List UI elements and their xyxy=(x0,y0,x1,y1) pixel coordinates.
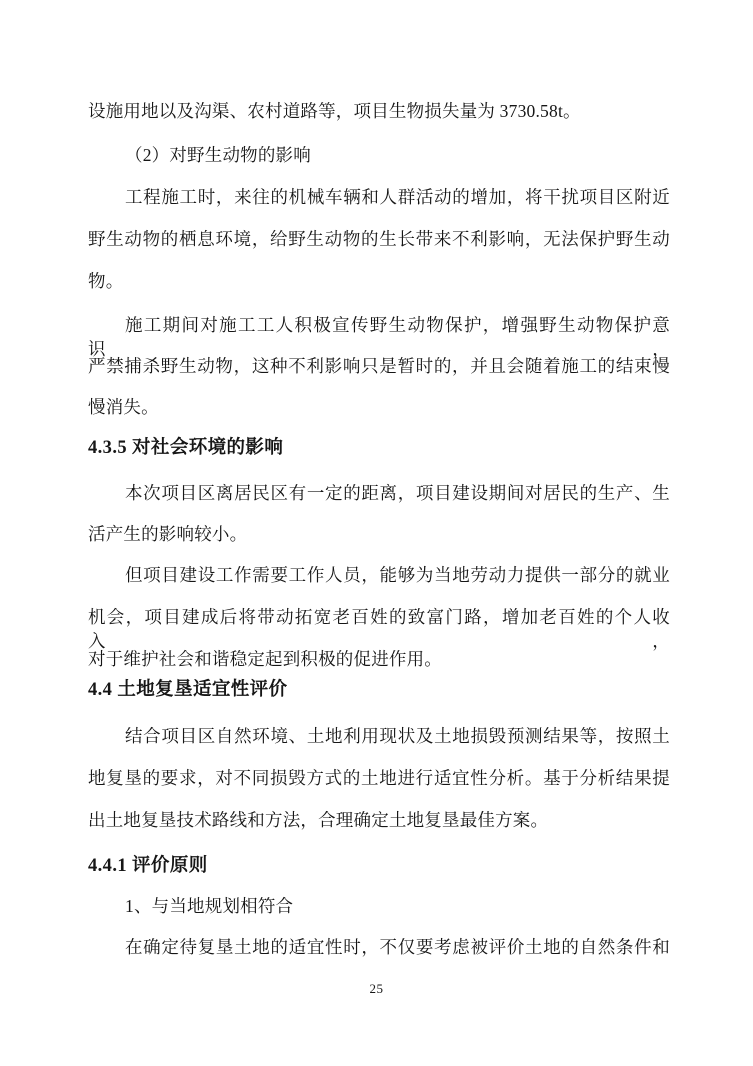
body-line: 结合项目区自然环境、土地利用现状及土地损毁预测结果等，按照土 xyxy=(88,724,670,748)
body-line: 出土地复垦技术路线和方法，合理确定土地复垦最佳方案。 xyxy=(88,808,670,832)
body-line: 1、与当地规划相符合 xyxy=(88,894,670,918)
body-line: 在确定待复垦土地的适宜性时，不仅要考虑被评价土地的自然条件和 xyxy=(88,935,670,959)
body-line: 慢消失。 xyxy=(88,395,670,419)
body-line: 机会，项目建成后将带动拓宽老百姓的致富门路，增加老百姓的个人收入， xyxy=(88,605,670,653)
body-line: 对于维护社会和谐稳定起到积极的促进作用。 xyxy=(88,647,670,671)
body-line: 工程施工时，来往的机械车辆和人群活动的增加，将干扰项目区附近 xyxy=(88,185,670,209)
body-line: 但项目建设工作需要工作人员，能够为当地劳动力提供一部分的就业 xyxy=(88,563,670,587)
section-heading-4-4: 4.4 土地复垦适宜性评价 xyxy=(88,678,670,702)
body-line: 活产生的影响较小。 xyxy=(88,522,670,546)
body-line: 物。 xyxy=(88,269,670,293)
body-line: 野生动物的栖息环境，给野生动物的生长带来不利影响，无法保护野生动 xyxy=(88,227,670,251)
body-line: 设施用地以及沟渠、农村道路等，项目生物损失量为 3730.58t。 xyxy=(88,99,670,123)
section-heading-4-3-5: 4.3.5 对社会环境的影响 xyxy=(88,436,670,460)
body-line: 地复垦的要求，对不同损毁方式的土地进行适宜性分析。基于分析结果提 xyxy=(88,766,670,790)
page-number: 25 xyxy=(0,981,753,997)
section-heading-4-4-1: 4.4.1 评价原则 xyxy=(88,854,670,878)
body-line: 本次项目区离居民区有一定的距离，项目建设期间对居民的生产、生 xyxy=(88,481,670,505)
body-line: （2）对野生动物的影响 xyxy=(88,143,670,167)
document-page: 设施用地以及沟渠、农村道路等，项目生物损失量为 3730.58t。 （2）对野生… xyxy=(0,0,753,1066)
body-line: 严禁捕杀野生动物，这种不利影响只是暂时的，并且会随着施工的结束慢 xyxy=(88,354,670,378)
